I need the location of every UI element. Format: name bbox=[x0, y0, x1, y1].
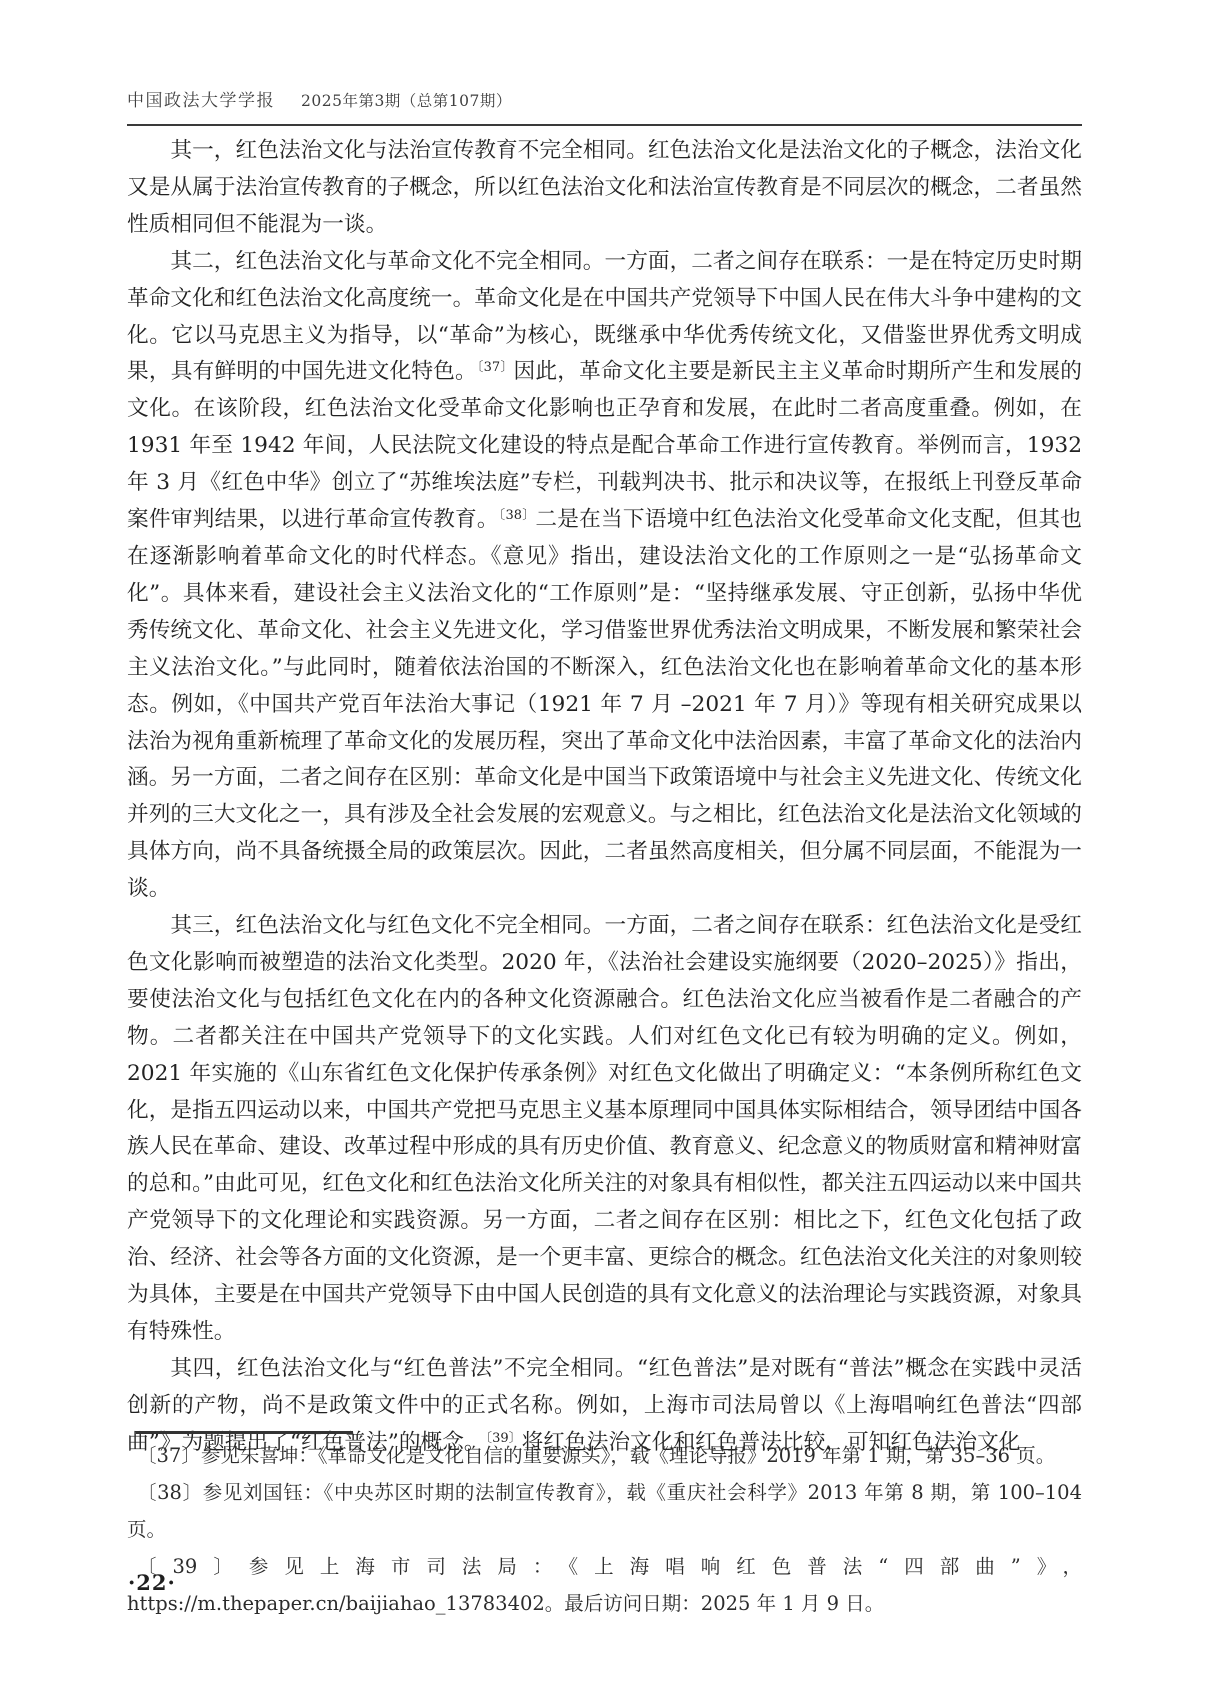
paragraph-2-text-c: 二是在当下语境中红色法治文化受革命文化支配，但其也在逐渐影响着革命文化的时代样态… bbox=[127, 507, 1082, 901]
page-header: 中国政法大学学报 2025年第3期（总第107期） bbox=[127, 86, 1082, 126]
footnote-divider bbox=[136, 1431, 353, 1434]
journal-page: 中国政法大学学报 2025年第3期（总第107期） 其一，红色法治文化与法治宣传… bbox=[0, 0, 1217, 1689]
issue-info: 2025年第3期（总第107期） bbox=[301, 89, 512, 111]
page-number: ·22· bbox=[128, 1570, 176, 1595]
paragraph-2: 其二，红色法治文化与革命文化不完全相同。一方面，二者之间存在联系：一是在特定历史… bbox=[127, 244, 1082, 908]
paragraph-1: 其一，红色法治文化与法治宣传教育不完全相同。红色法治文化是法治文化的子概念，法治… bbox=[127, 133, 1082, 244]
paragraph-1-text: 其一，红色法治文化与法治宣传教育不完全相同。红色法治文化是法治文化的子概念，法治… bbox=[127, 138, 1082, 237]
footnote-37: 〔37〕参见朱喜坤：《革命文化是文化自信的重要源头》，载《理论导报》2019 年… bbox=[127, 1438, 1082, 1475]
footnote-ref-38: 〔38〕 bbox=[499, 508, 536, 523]
footnote-39: 〔39〕参见上海市司法局：《上海唱响红色普法“四部曲”》，https://m.t… bbox=[127, 1549, 1082, 1623]
article-body: 其一，红色法治文化与法治宣传教育不完全相同。红色法治文化是法治文化的子概念，法治… bbox=[127, 133, 1082, 1462]
footnote-38: 〔38〕参见刘国钰：《中央苏区时期的法制宣传教育》，载《重庆社会科学》2013 … bbox=[127, 1475, 1082, 1549]
journal-name: 中国政法大学学报 bbox=[127, 86, 275, 111]
footnote-ref-37: 〔37〕 bbox=[477, 360, 514, 375]
paragraph-3-text: 其三，红色法治文化与红色文化不完全相同。一方面，二者之间存在联系：红色法治文化是… bbox=[127, 913, 1082, 1344]
footnotes-section: 〔37〕参见朱喜坤：《革命文化是文化自信的重要源头》，载《理论导报》2019 年… bbox=[127, 1438, 1082, 1623]
paragraph-3: 其三，红色法治文化与红色文化不完全相同。一方面，二者之间存在联系：红色法治文化是… bbox=[127, 908, 1082, 1351]
